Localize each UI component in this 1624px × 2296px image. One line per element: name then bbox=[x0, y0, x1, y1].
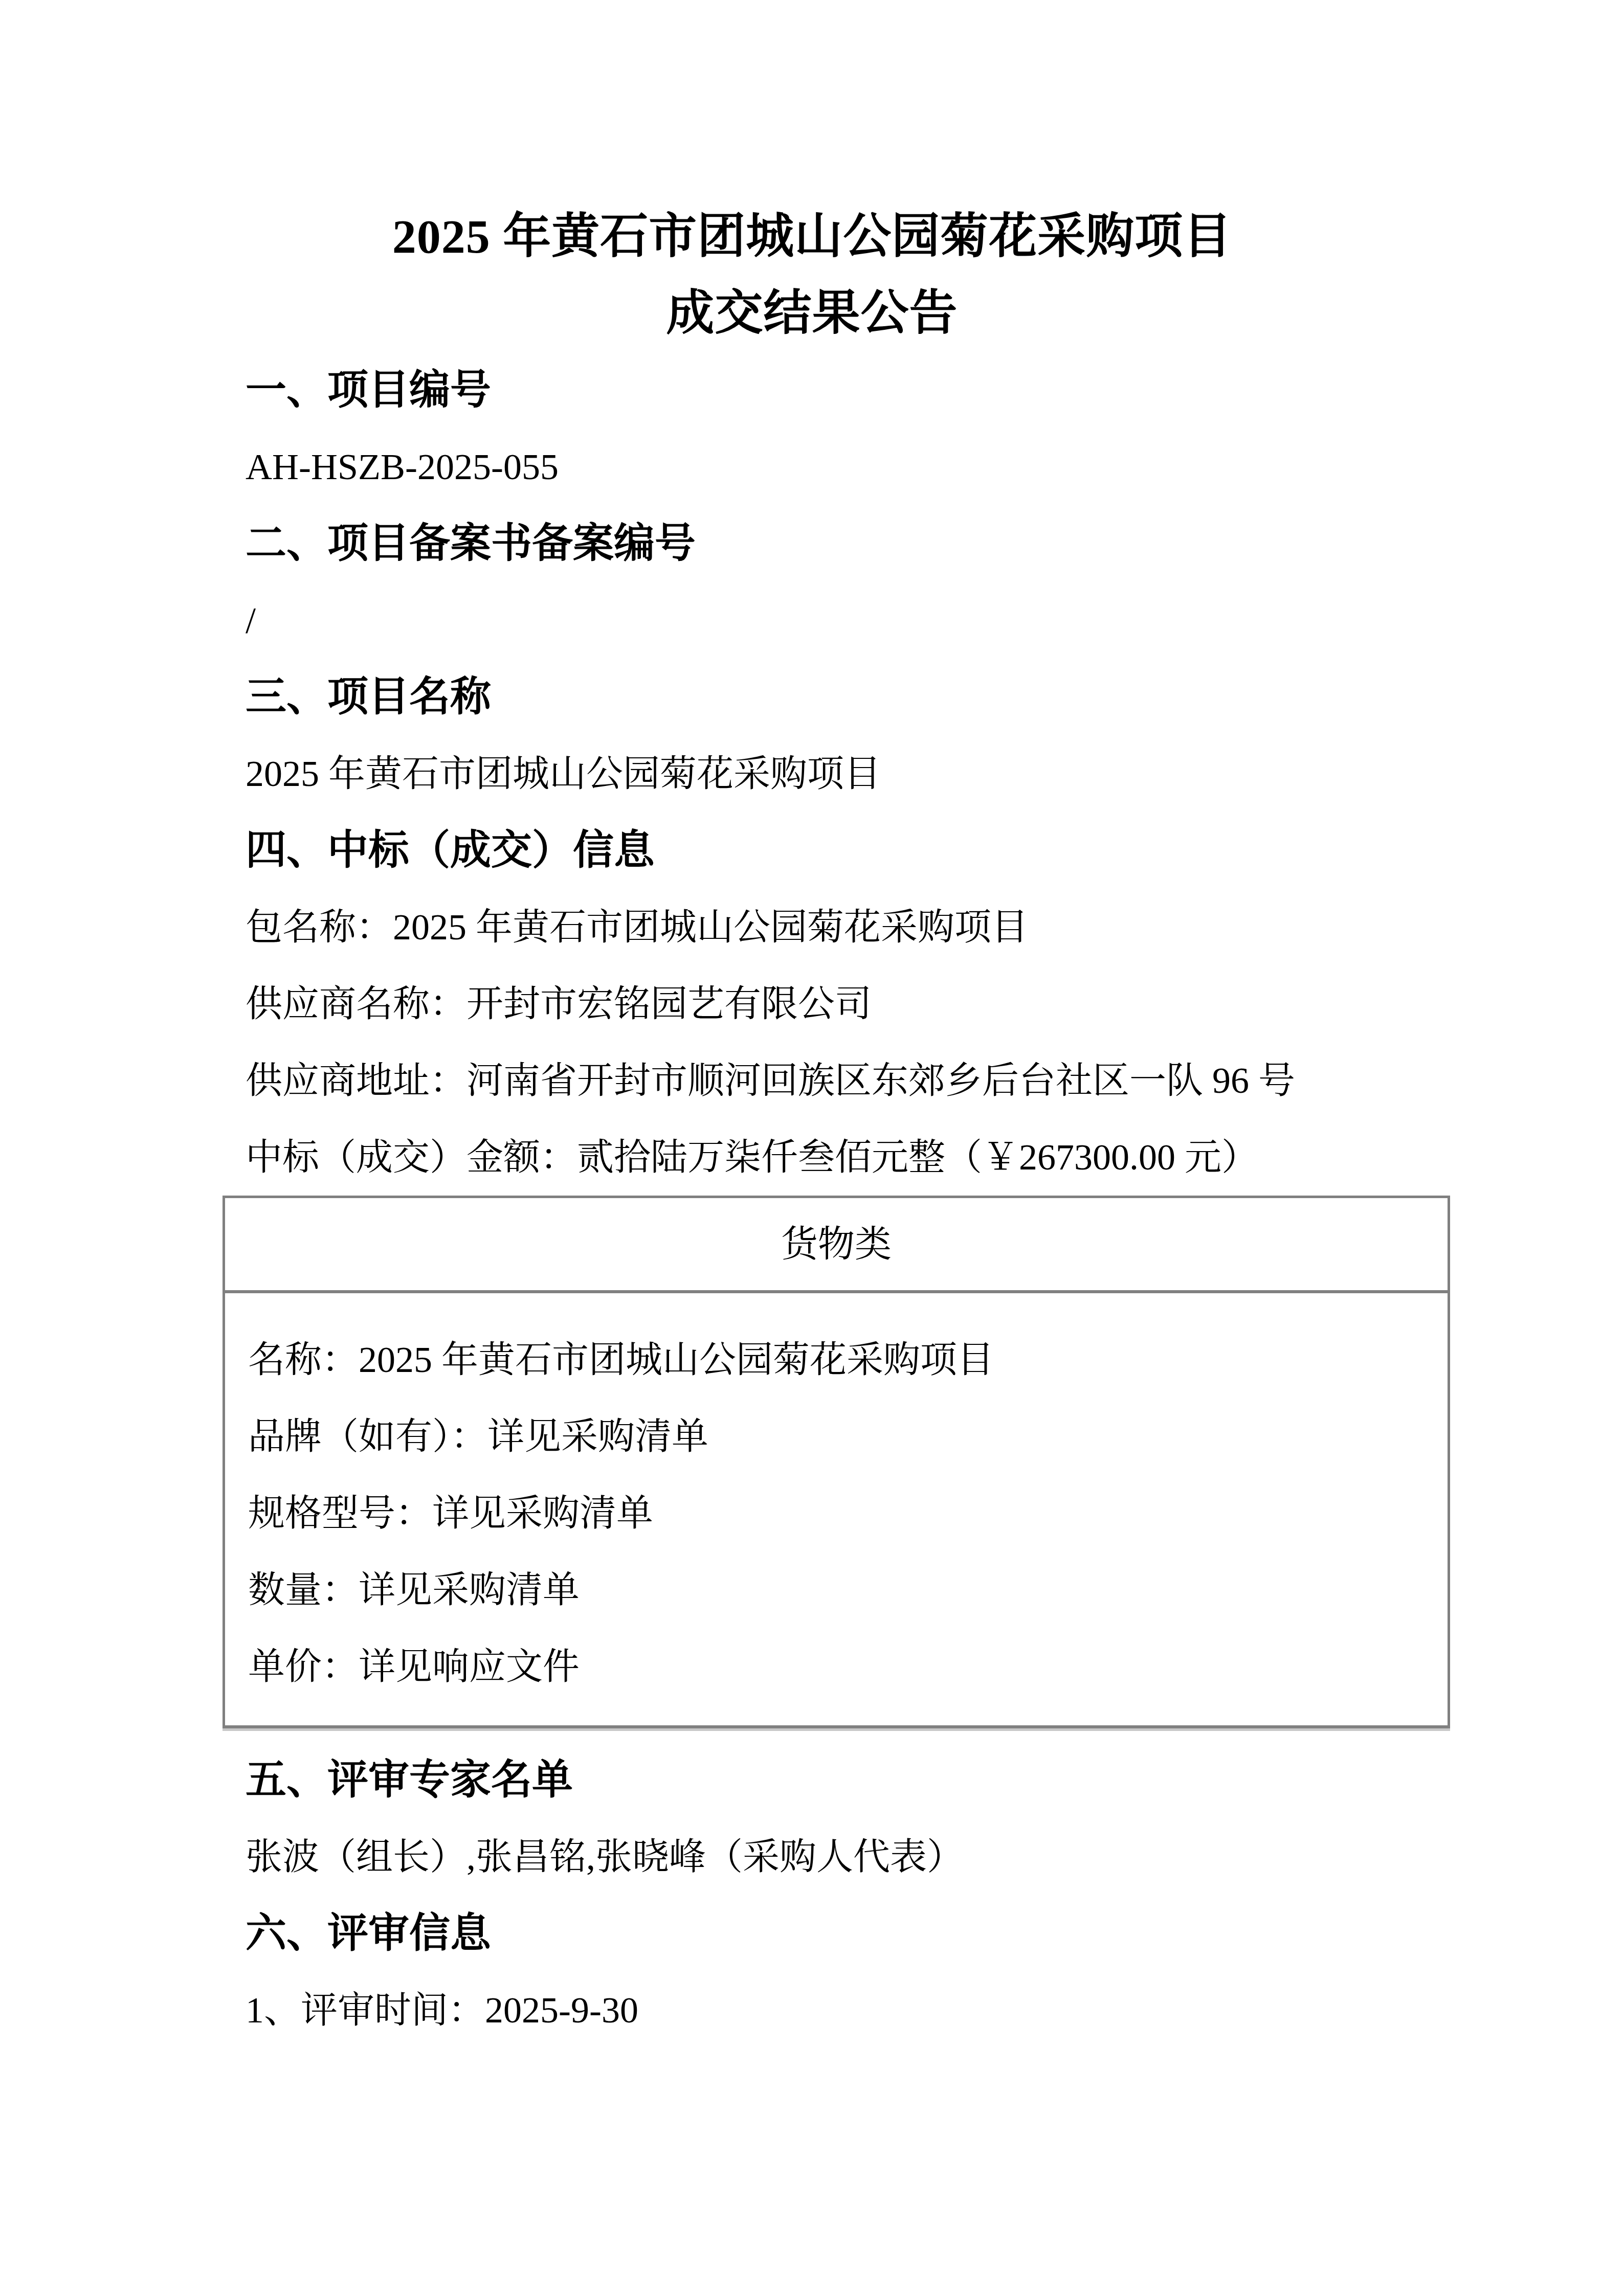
filing-number: / bbox=[246, 582, 1378, 659]
goods-row-spec: 规格型号：详见采购清单 bbox=[248, 1475, 1427, 1551]
project-number: AH-HSZB-2025-055 bbox=[246, 429, 1378, 505]
section-6-heading: 六、评审信息 bbox=[246, 1895, 1378, 1972]
goods-row-quantity: 数量：详见采购清单 bbox=[248, 1551, 1427, 1628]
goods-row-unit-price: 单价：详见响应文件 bbox=[248, 1628, 1427, 1705]
goods-row-brand: 品牌（如有）：详见采购清单 bbox=[248, 1398, 1427, 1475]
goods-row-name: 名称：2025 年黄石市团城山公园菊花采购项目 bbox=[248, 1321, 1427, 1398]
goods-table-header: 货物类 bbox=[225, 1198, 1448, 1293]
supplier-name: 供应商名称：开封市宏铭园艺有限公司 bbox=[246, 965, 1378, 1042]
project-name: 2025 年黄石市团城山公园菊花采购项目 bbox=[246, 735, 1378, 812]
section-2-heading: 二、项目备案书备案编号 bbox=[246, 505, 1378, 582]
document-page: 2025 年黄石市团城山公园菊花采购项目 成交结果公告 一、项目编号 AH-HS… bbox=[0, 0, 1624, 2296]
goods-table-body: 名称：2025 年黄石市团城山公园菊花采购项目 品牌（如有）：详见采购清单 规格… bbox=[225, 1293, 1448, 1725]
document-title-line-2: 成交结果公告 bbox=[246, 275, 1378, 352]
document-title-line-1: 2025 年黄石市团城山公园菊花采购项目 bbox=[246, 198, 1378, 275]
package-name: 包名称：2025 年黄石市团城山公园菊花采购项目 bbox=[246, 889, 1378, 965]
section-3-heading: 三、项目名称 bbox=[246, 659, 1378, 735]
section-1-heading: 一、项目编号 bbox=[246, 352, 1378, 429]
award-amount: 中标（成交）金额：贰拾陆万柒仟叁佰元整（￥267300.00 元） bbox=[246, 1119, 1378, 1196]
review-time: 1、评审时间：2025-9-30 bbox=[246, 1972, 1378, 2049]
supplier-address: 供应商地址：河南省开封市顺河回族区东郊乡后台社区一队 96 号 bbox=[246, 1042, 1378, 1119]
document-content: 2025 年黄石市团城山公园菊花采购项目 成交结果公告 一、项目编号 AH-HS… bbox=[0, 198, 1624, 2049]
section-5-heading: 五、评审专家名单 bbox=[246, 1742, 1378, 1818]
expert-list: 张波（组长）,张昌铭,张晓峰（采购人代表） bbox=[246, 1818, 1378, 1895]
section-4-heading: 四、中标（成交）信息 bbox=[246, 812, 1378, 889]
goods-category-table: 货物类 名称：2025 年黄石市团城山公园菊花采购项目 品牌（如有）：详见采购清… bbox=[223, 1196, 1450, 1728]
